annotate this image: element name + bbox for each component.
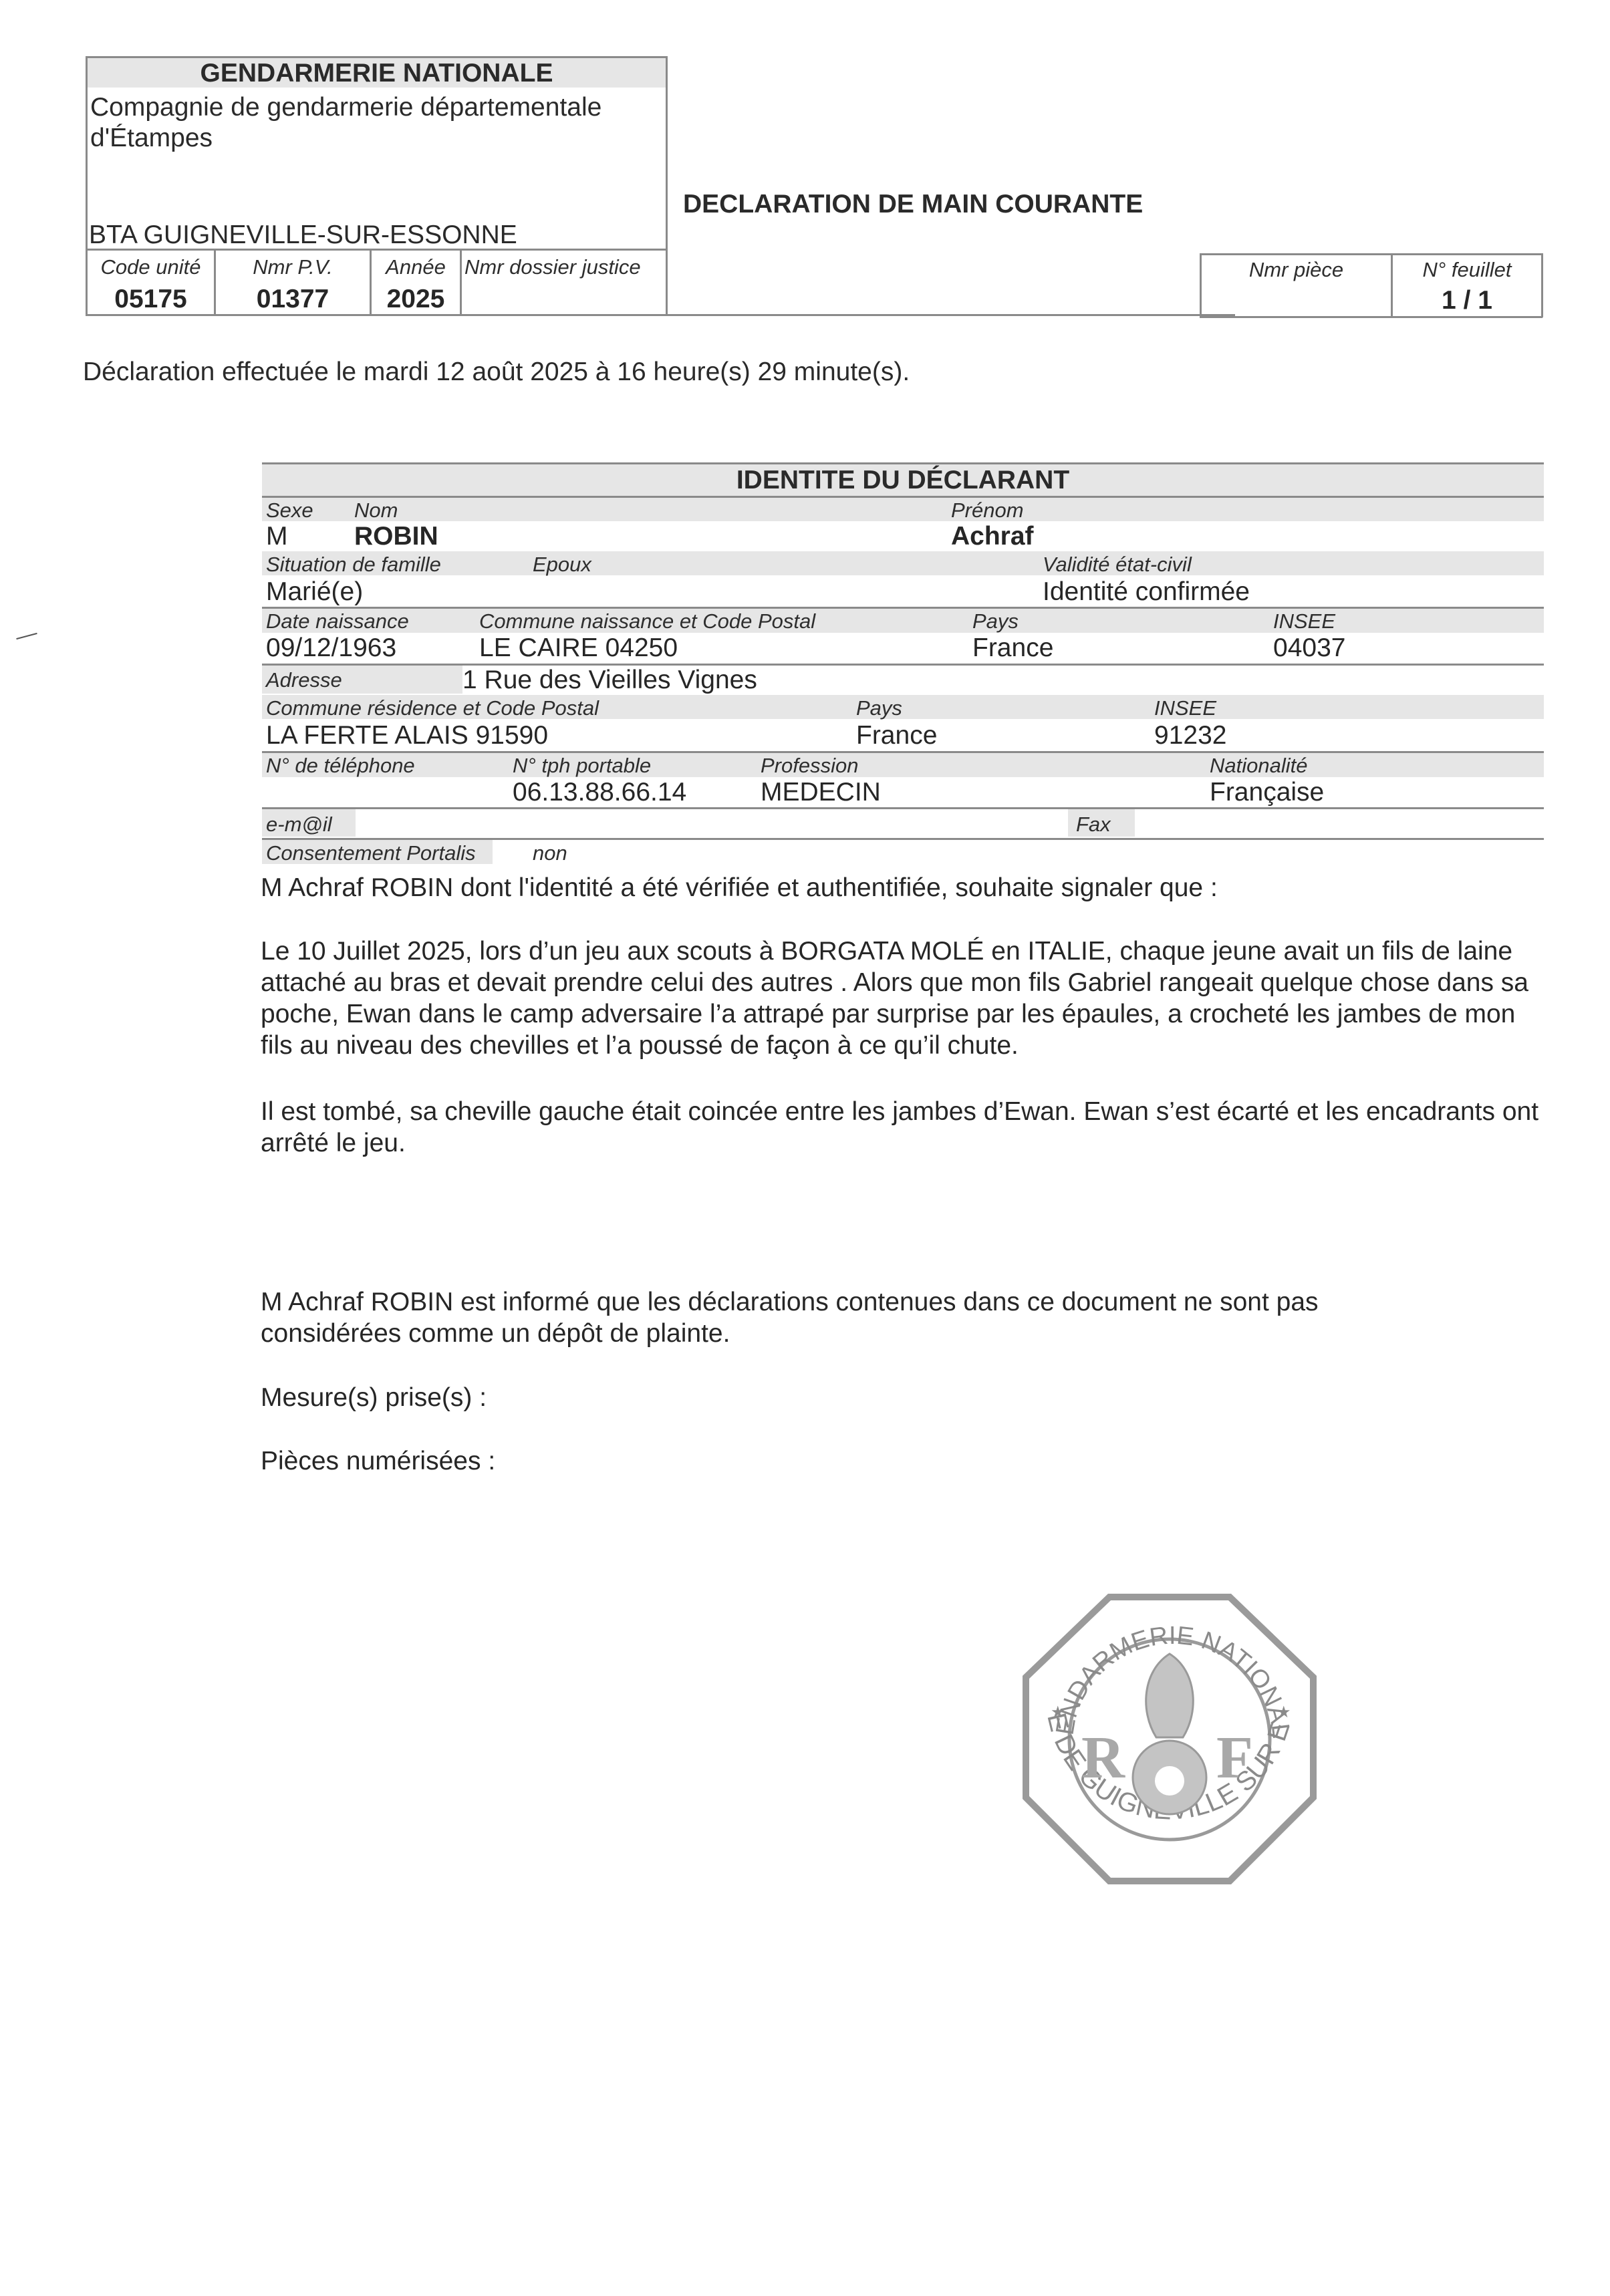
company-name: Compagnie de gendarmerie départementale … [90, 92, 601, 154]
commune-residence-value: LA FERTE ALAIS 91590 [266, 722, 548, 748]
situation-label: Situation de famille [266, 554, 441, 575]
adresse-label: Adresse [266, 670, 342, 690]
date-naissance-label: Date naissance [266, 611, 409, 631]
divider [262, 462, 1544, 464]
declaration-date: Déclaration effectuée le mardi 12 août 2… [83, 357, 910, 387]
paragraph-incident: Le 10 Juillet 2025, lors d’un jeu aux sc… [261, 936, 1551, 1061]
paragraph-outcome: Il est tombé, sa cheville gauche était c… [261, 1096, 1551, 1159]
nationalite-label: Nationalité [1210, 755, 1307, 776]
nmr-pv-value: 01377 [216, 286, 370, 312]
code-unite-label: Code unité [88, 257, 214, 277]
doc-title: DECLARATION DE MAIN COURANTE [683, 190, 1143, 219]
fax-label: Fax [1076, 814, 1111, 835]
gendarmerie-stamp: GENDARMERIE NATIONALE BRIGADE DE GUIGNEV… [1009, 1577, 1330, 1898]
adresse-value: 1 Rue des Vieilles Vignes [462, 667, 757, 693]
company-line-1: Compagnie de gendarmerie départementale [90, 92, 601, 123]
divider [1200, 316, 1542, 318]
divider [460, 249, 462, 315]
pieces-label: Pièces numérisées : [261, 1445, 495, 1477]
piece-label: Nmr pièce [1202, 259, 1391, 280]
svg-text:★: ★ [1051, 1703, 1065, 1721]
profession-value: MEDECIN [761, 779, 881, 805]
divider [1200, 253, 1542, 255]
org-name: GENDARMERIE NATIONALE [88, 59, 666, 88]
nom-value: ROBIN [354, 523, 438, 549]
annee-value: 2025 [372, 286, 460, 312]
insee-naissance-value: 04037 [1273, 635, 1345, 661]
email-label: e-m@il [266, 814, 332, 835]
insee-residence-label: INSEE [1154, 698, 1216, 718]
pays-residence-value: France [856, 722, 937, 748]
unit-name: BTA GUIGNEVILLE-SUR-ESSONNE [89, 221, 517, 250]
stamp-letter-r: R [1081, 1725, 1125, 1791]
divider [86, 314, 1235, 316]
insee-naissance-label: INSEE [1273, 611, 1335, 631]
intro-text: M Achraf ROBIN dont l'identité a été vér… [261, 872, 1551, 903]
commune-naissance-value: LE CAIRE 04250 [479, 635, 678, 661]
stamp-letter-f: F [1216, 1725, 1253, 1791]
row-shade [262, 609, 1544, 633]
row-shade [262, 498, 1544, 521]
nom-label: Nom [354, 500, 398, 521]
flame-icon [1146, 1654, 1194, 1737]
prenom-label: Prénom [951, 500, 1024, 521]
company-line-2: d'Étampes [90, 123, 601, 154]
dossier-justice-label: Nmr dossier justice [464, 257, 641, 277]
validite-label: Validité état-civil [1043, 554, 1192, 575]
pays-residence-label: Pays [856, 698, 902, 718]
situation-value: Marié(e) [266, 579, 363, 605]
code-unite-value: 05175 [88, 286, 214, 312]
epoux-label: Epoux [533, 554, 591, 575]
row-shade [262, 753, 1544, 777]
date-naissance-value: 09/12/1963 [266, 635, 396, 661]
profession-label: Profession [761, 755, 858, 776]
feuillet-value: 1 / 1 [1393, 287, 1541, 313]
prenom-value: Achraf [951, 523, 1034, 549]
divider [1541, 253, 1543, 317]
annee-label: Année [372, 257, 460, 277]
pen-mark [16, 633, 37, 639]
pays-naissance-value: France [972, 635, 1053, 661]
commune-residence-label: Commune résidence et Code Postal [266, 698, 599, 718]
row-shade [262, 551, 1544, 575]
nationalite-value: Française [1210, 779, 1324, 805]
section-title: IDENTITE DU DÉCLARANT [262, 466, 1544, 495]
insee-residence-value: 91232 [1154, 722, 1226, 748]
pays-naissance-label: Pays [972, 611, 1019, 631]
consentement-label: Consentement Portalis [266, 843, 476, 863]
commune-naissance-label: Commune naissance et Code Postal [479, 611, 815, 631]
svg-text:★: ★ [1277, 1703, 1291, 1721]
feuillet-label: N° feuillet [1393, 259, 1541, 280]
nmr-pv-label: Nmr P.V. [216, 257, 370, 277]
portable-value: 06.13.88.66.14 [513, 779, 686, 805]
divider [666, 56, 668, 315]
consentement-value: non [533, 843, 567, 863]
divider [262, 807, 1544, 809]
validite-value: Identité confirmée [1043, 579, 1250, 605]
portable-label: N° tph portable [513, 755, 651, 776]
notice-text: M Achraf ROBIN est informé que les décla… [261, 1286, 1464, 1349]
sexe-value: M [266, 523, 288, 549]
mesures-label: Mesure(s) prise(s) : [261, 1382, 487, 1413]
telephone-label: N° de téléphone [266, 755, 415, 776]
divider [86, 249, 667, 251]
sexe-label: Sexe [266, 500, 313, 521]
